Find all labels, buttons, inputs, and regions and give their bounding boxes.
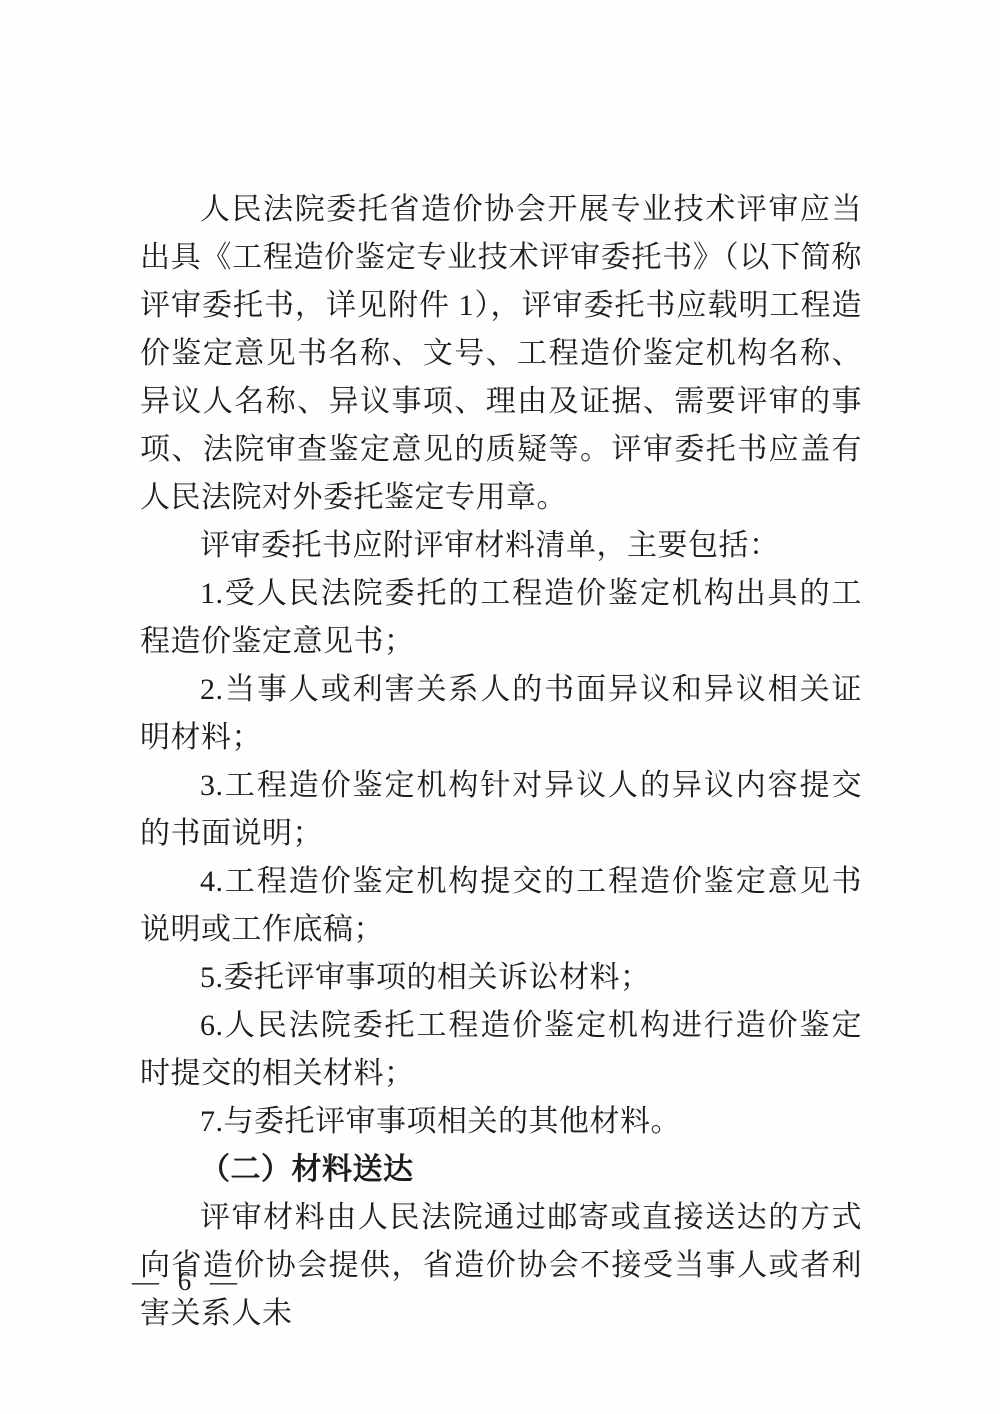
page-number: — 6 — xyxy=(132,1266,243,1297)
paragraph: 6.人民法院委托工程造价鉴定机构进行造价鉴定时提交的相关材料； xyxy=(140,1002,862,1098)
paragraph: 3.工程造价鉴定机构针对异议人的异议内容提交的书面说明； xyxy=(140,762,862,858)
paragraph: 评审委托书应附评审材料清单，主要包括： xyxy=(140,522,862,570)
paragraph: 1.受人民法院委托的工程造价鉴定机构出具的工程造价鉴定意见书； xyxy=(140,570,862,666)
paragraph: 5.委托评审事项的相关诉讼材料； xyxy=(140,954,862,1002)
document-body: 人民法院委托省造价协会开展专业技术评审应当出具《工程造价鉴定专业技术评审委托书》… xyxy=(140,186,862,1338)
paragraph: 2.当事人或利害关系人的书面异议和异议相关证明材料； xyxy=(140,666,862,762)
paragraph: 4.工程造价鉴定机构提交的工程造价鉴定意见书说明或工作底稿； xyxy=(140,858,862,954)
document-page: 人民法院委托省造价协会开展专业技术评审应当出具《工程造价鉴定专业技术评审委托书》… xyxy=(0,0,1000,1414)
paragraph: 评审材料由人民法院通过邮寄或直接送达的方式向省造价协会提供，省造价协会不接受当事… xyxy=(140,1194,862,1338)
paragraph: （二）材料送达 xyxy=(140,1146,862,1194)
paragraph: 7.与委托评审事项相关的其他材料。 xyxy=(140,1098,862,1146)
paragraph: 人民法院委托省造价协会开展专业技术评审应当出具《工程造价鉴定专业技术评审委托书》… xyxy=(140,186,862,522)
